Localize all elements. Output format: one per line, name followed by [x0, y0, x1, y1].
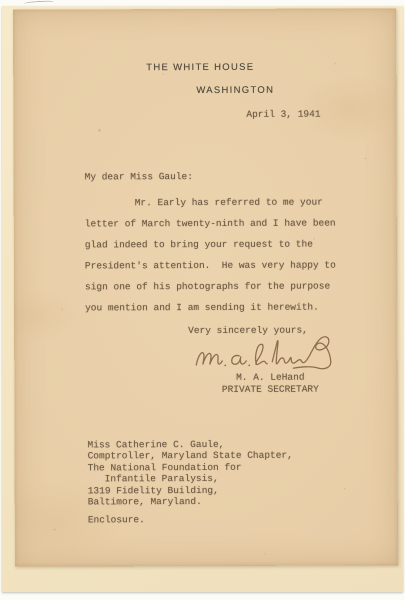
letter-paper: THE WHITE HOUSE WASHINGTON April 3, 1941… — [13, 8, 398, 566]
body-line: you mention and I am sending it herewith… — [85, 301, 365, 323]
body-line: sign one of his photographs for the purp… — [85, 280, 365, 302]
scanned-letter-page: { "letter": { "letterhead": { "line1": "… — [0, 0, 405, 600]
recipient-line: Comptroller, Maryland State Chapter, — [88, 450, 293, 462]
signer-name: M. A. LeHand — [210, 372, 330, 384]
enclosure-note: Enclosure. — [88, 514, 145, 525]
body-line: glad indeed to bring your request to the — [85, 238, 365, 260]
letterhead-line2: WASHINGTON — [196, 85, 274, 96]
letter-body: Mr. Early has referred to me your letter… — [85, 196, 365, 323]
body-line: Mr. Early has referred to me your — [85, 196, 365, 218]
letterhead-line1: THE WHITE HOUSE — [146, 62, 254, 73]
recipient-line: Infantile Paralysis, — [88, 473, 293, 485]
signer-title: PRIVATE SECRETARY — [210, 383, 330, 395]
body-line: letter of March twenty-ninth and I have … — [85, 217, 365, 239]
recipient-address: Miss Catherine C. Gaule, Comptroller, Ma… — [88, 439, 293, 508]
letter-date: April 3, 1941 — [246, 109, 320, 120]
body-line: President's attention. He was very happy… — [85, 259, 365, 281]
scan-artifact-line — [24, 0, 54, 6]
recipient-line: The National Foundation for — [88, 461, 293, 473]
signer-block: M. A. LeHand PRIVATE SECRETARY — [210, 372, 330, 395]
recipient-line: 1319 Fidelity Building, — [88, 484, 293, 496]
recipient-line: Baltimore, Maryland. — [88, 496, 293, 508]
salutation: My dear Miss Gaule: — [85, 171, 193, 182]
